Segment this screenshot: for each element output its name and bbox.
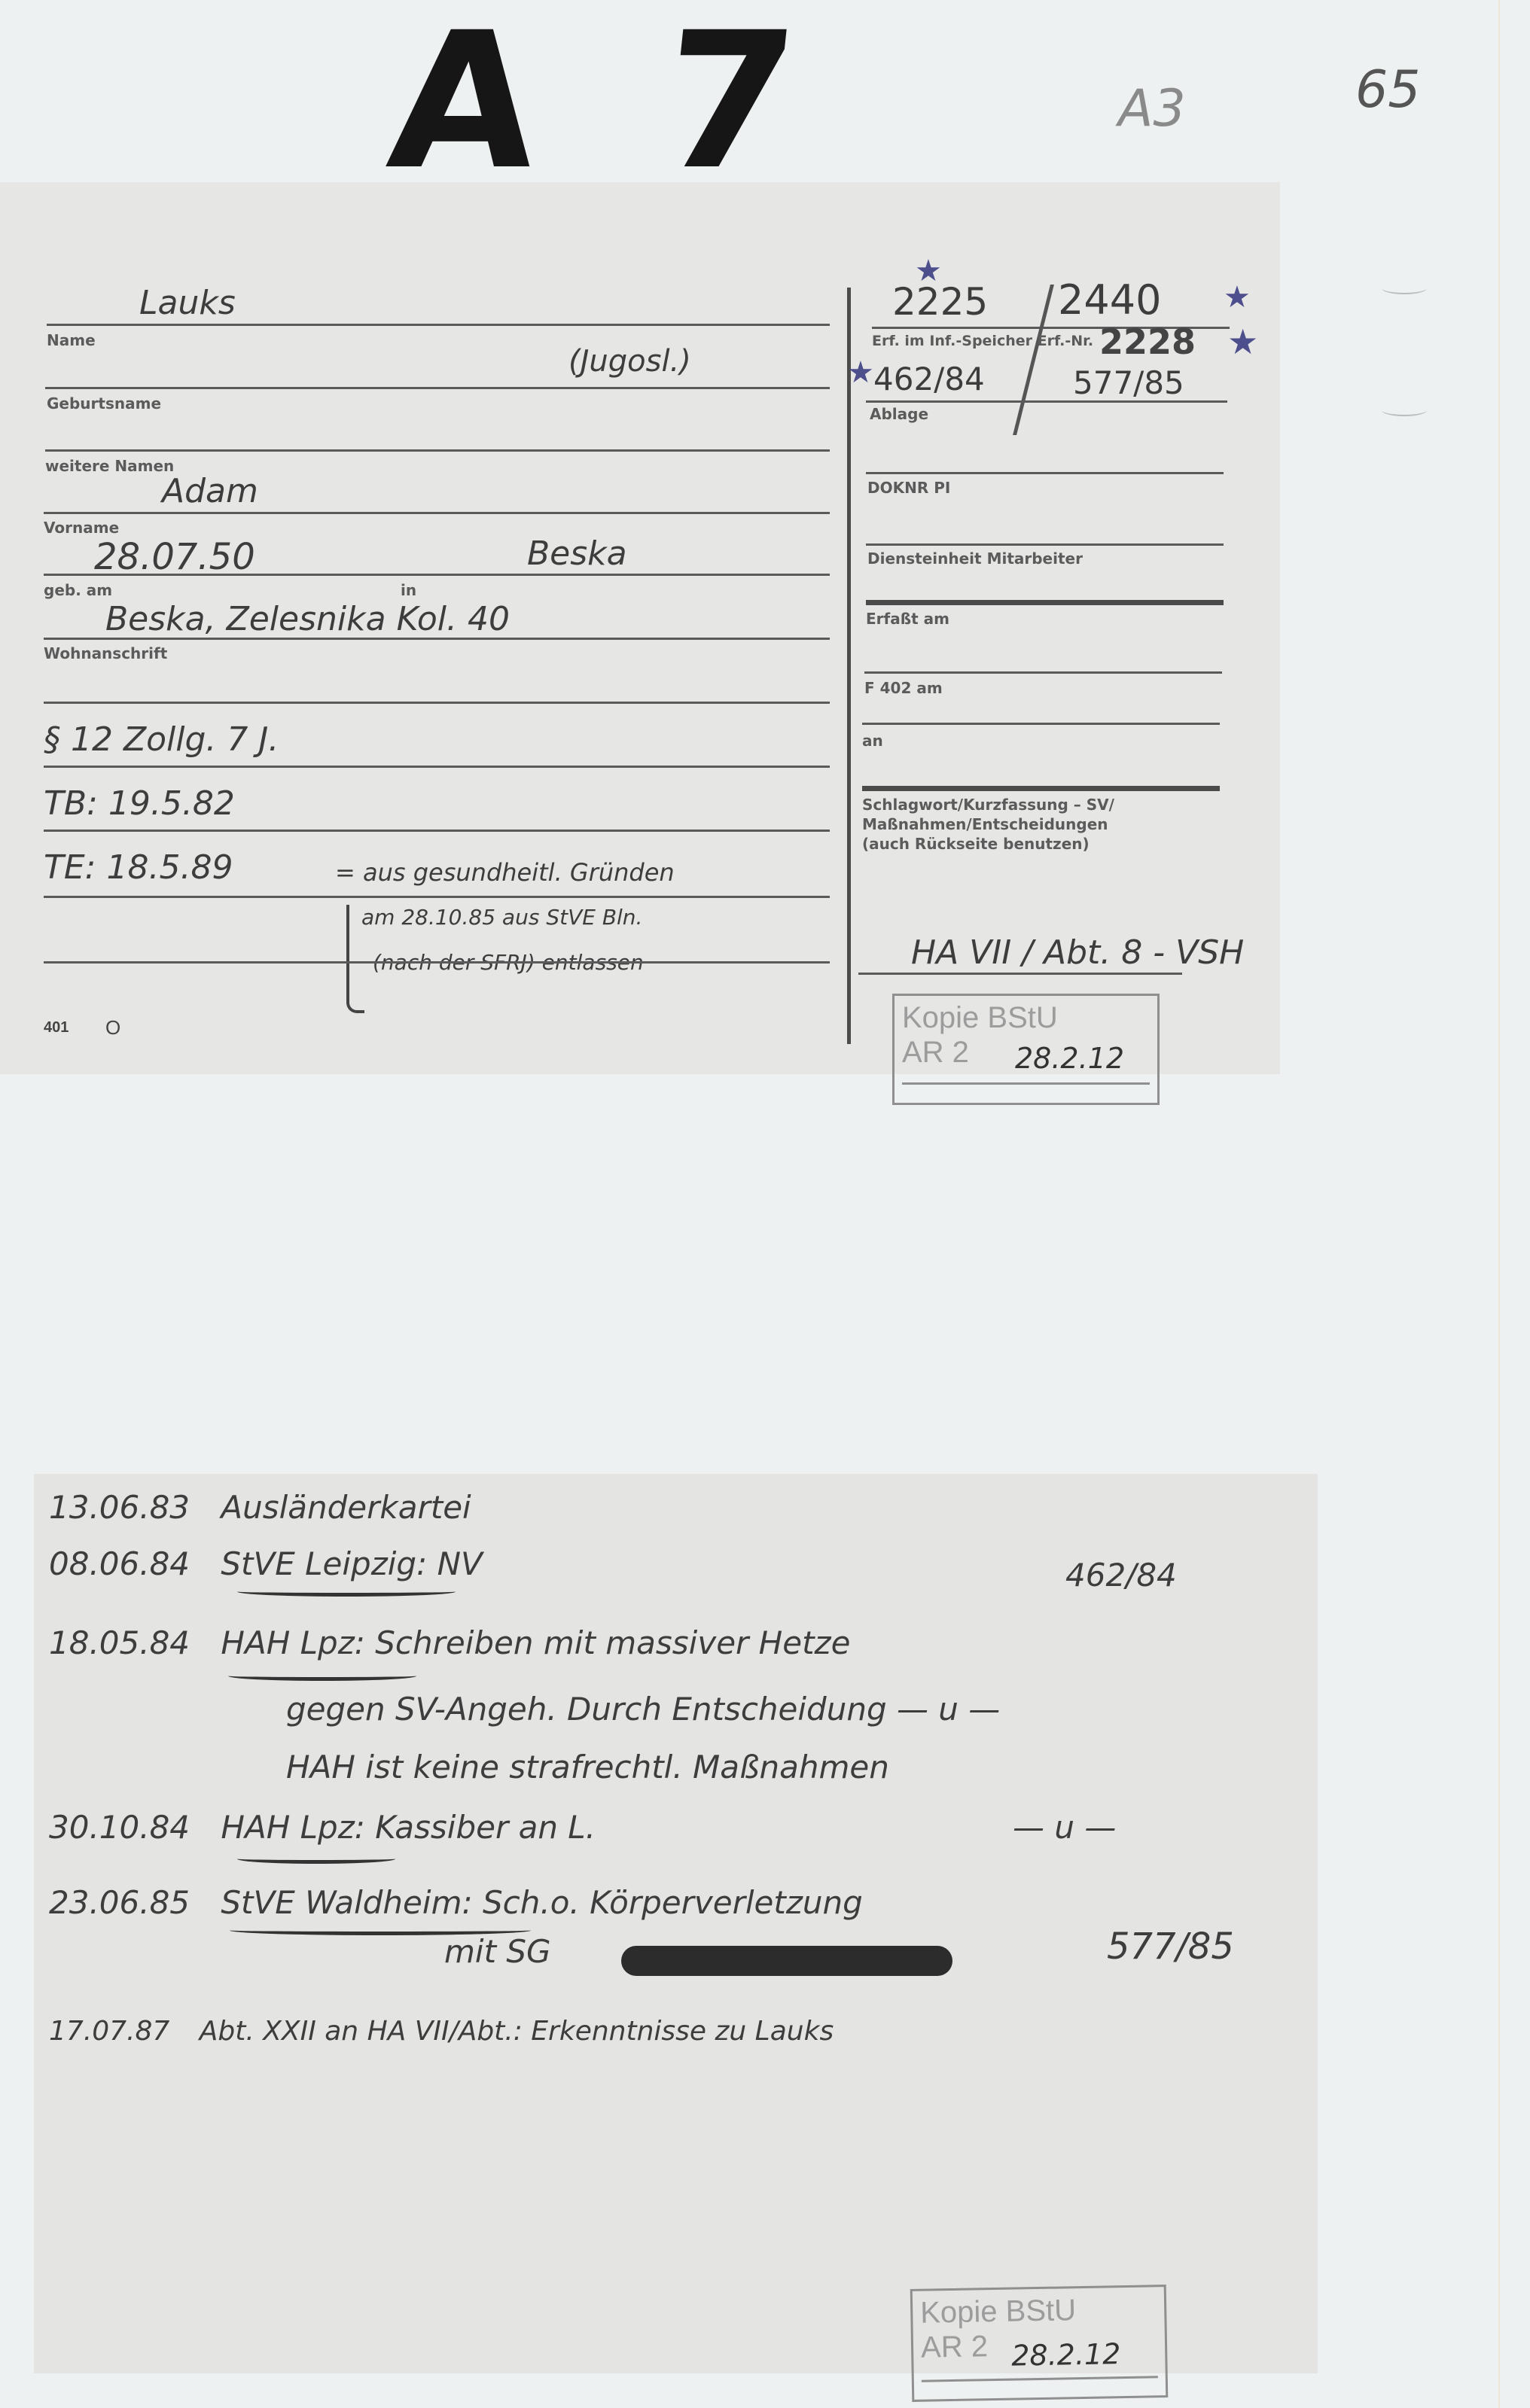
stamp-line-1: Kopie BStU [902, 1000, 1150, 1035]
value-ablage-2: 577/85 [1073, 364, 1184, 401]
value-name: Lauks [139, 284, 236, 322]
entry-row: 18.05.84 HAH Lpz: Schreiben mit massiver… [49, 1624, 850, 1661]
copy-stamp: Kopie BStU AR 2 28.2.12 [910, 2285, 1169, 2402]
copy-stamp: Kopie BStU AR 2 28.2.12 [892, 994, 1160, 1105]
entry-row: 17.07.87 Abt. XXII an HA VII/Abt.: Erken… [49, 2016, 834, 2047]
value-erf-correction: 2228 [1099, 321, 1196, 362]
stamp-date: 28.2.12 [1011, 2336, 1121, 2373]
entry-ref: 577/85 [1107, 1925, 1234, 1968]
bracket-mark [346, 905, 364, 1013]
label-vorname: Vorname [44, 519, 119, 537]
entry-continuation: HAH ist keine strafrechtl. Maßnahmen [286, 1749, 889, 1785]
archive-code-mark: A 7 [382, 8, 834, 196]
label-erf: Erf. im Inf.-Speicher Erf.-Nr. [872, 333, 1093, 349]
value-in: Beska [527, 534, 627, 573]
label-wohnanschrift: Wohnanschrift [44, 644, 167, 662]
label-schlagwort-1: Schlagwort/Kurzfassung – SV/ [862, 795, 1114, 814]
label-geb-am: geb. am [44, 581, 112, 599]
star-icon: ★ [847, 355, 874, 390]
entry-text: Ausländerkartei [221, 1489, 471, 1526]
entry-row: 13.06.83 Ausländerkartei [49, 1489, 471, 1526]
entry-continuation: gegen SV-Angeh. Durch Entscheidung — u — [286, 1691, 1000, 1728]
label-geburtsname: Geburtsname [47, 394, 161, 412]
page-number: 65 [1355, 60, 1421, 120]
note-te: TE: 18.5.89 [44, 848, 233, 887]
label-diensteinheit: Diensteinheit Mitarbeiter [867, 549, 1083, 568]
entry-row: 08.06.84 StVE Leipzig: NV [49, 1545, 483, 1582]
page-edge [1498, 0, 1500, 2408]
note-paragraph: § 12 Zollg. 7 J. [44, 720, 279, 759]
value-unit: HA VII / Abt. 8 - VSH [911, 933, 1244, 972]
note-release-date: am 28.10.85 aus StVE Bln. [361, 905, 642, 930]
form-code-2: O [105, 1016, 120, 1040]
entry-text: Abt. XXII an HA VII/Abt.: Erkenntnisse z… [200, 2016, 834, 2047]
form-code: 401 [44, 1019, 69, 1037]
star-icon: ★ [1227, 321, 1258, 362]
entry-text: StVE Waldheim: Sch.o. Körperverletzung [221, 1884, 862, 1921]
pencil-reference: A3 [1118, 79, 1186, 139]
slash-mark [1013, 285, 1054, 435]
label-schlagwort-2: Maßnahmen/Entscheidungen [862, 814, 1108, 834]
entry-row: 23.06.85 StVE Waldheim: Sch.o. Körperver… [49, 1884, 863, 1921]
entry-date: 23.06.85 [49, 1884, 190, 1921]
column-divider [847, 288, 851, 1044]
index-card-front: Name Geburtsname weitere Namen Vorname g… [0, 182, 1280, 1074]
label-an: an [862, 732, 883, 750]
redaction-bar [621, 1946, 952, 1976]
entry-text: HAH Lpz: Kassiber an L. [221, 1809, 596, 1846]
entry-ref: 462/84 [1065, 1557, 1177, 1594]
value-vorname: Adam [162, 472, 258, 510]
label-name: Name [47, 331, 96, 349]
entry-date: 08.06.84 [49, 1545, 190, 1582]
stamp-date: 28.2.12 [1015, 1041, 1124, 1076]
label-schlagwort-3: (auch Rückseite benutzen) [862, 834, 1090, 854]
punch-hole-mark [1382, 282, 1427, 294]
entry-text: HAH Lpz: Schreiben mit massiver Hetze [221, 1624, 850, 1661]
label-weitere-namen: weitere Namen [45, 457, 174, 475]
value-erf-speicher: 2225 [892, 280, 988, 324]
entry-date: 30.10.84 [49, 1809, 190, 1846]
index-card-back: 13.06.83 Ausländerkartei 08.06.84 StVE L… [34, 1474, 1318, 2373]
star-icon: ★ [1224, 280, 1251, 315]
label-doknr: DOKNR PI [867, 479, 950, 497]
value-erf-nr: 2440 [1058, 276, 1161, 324]
stamp-line-1: Kopie BStU [920, 2291, 1157, 2330]
punch-hole-mark [1382, 404, 1427, 416]
entry-row: 30.10.84 HAH Lpz: Kassiber an L. [49, 1809, 596, 1846]
note-tb: TB: 19.5.82 [44, 784, 235, 823]
entry-date: 13.06.83 [49, 1489, 190, 1526]
entry-ref: — u — [1013, 1809, 1116, 1846]
label-f402: F 402 am [864, 679, 943, 697]
entry-date: 17.07.87 [49, 2016, 169, 2047]
value-wohnanschrift: Beska, Zelesnika Kol. 40 [105, 600, 510, 638]
value-ablage-1: 462/84 [873, 361, 985, 397]
entry-date: 18.05.84 [49, 1624, 190, 1661]
note-reason: = aus gesundheitl. Gründen [335, 858, 675, 887]
entry-text: StVE Leipzig: NV [221, 1545, 482, 1582]
label-ablage: Ablage [870, 405, 928, 423]
label-in: in [401, 581, 416, 599]
value-geburtsname: (Jugosl.) [568, 344, 691, 379]
label-erfasst: Erfaßt am [866, 610, 949, 628]
entry-continuation: mit SG [444, 1933, 551, 1970]
value-geb-am: 28.07.50 [94, 536, 255, 578]
